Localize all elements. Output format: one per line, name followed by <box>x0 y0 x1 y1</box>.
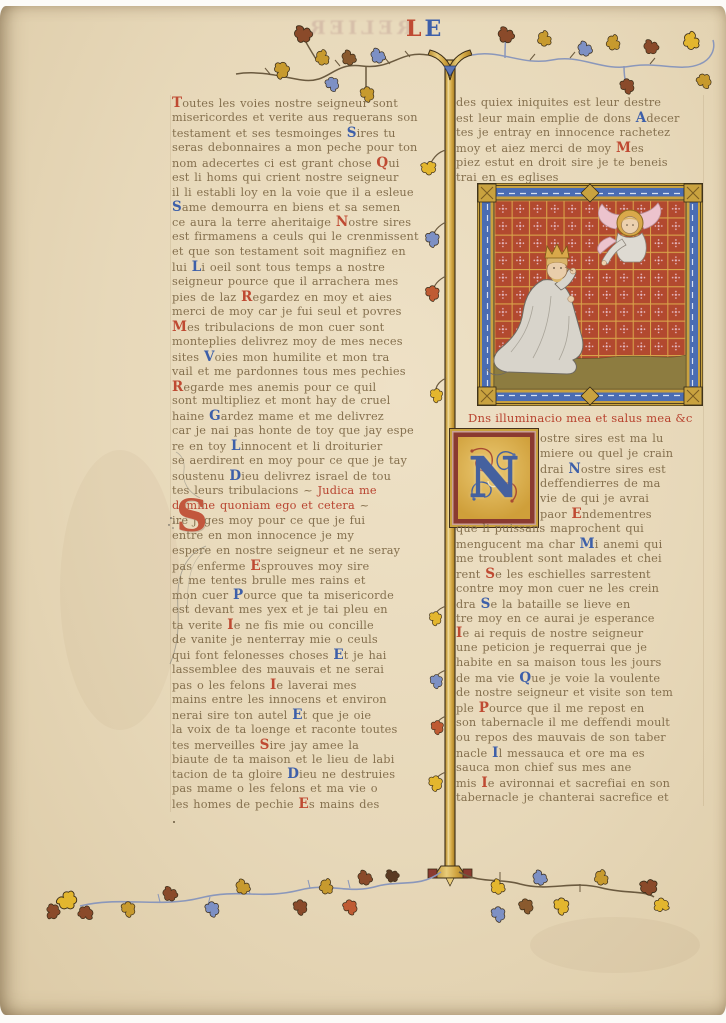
text-line: de ma vie Que je voie la voulente <box>456 671 702 686</box>
text-line: ta verite Ie ne fis mie ou concille <box>172 618 448 633</box>
miniature <box>477 183 703 406</box>
text-line: Ie ai requis de nostre seigneur <box>456 626 702 641</box>
text-line: nacle Il messauca et ore ma es <box>456 746 702 761</box>
text-line: contre moy mon cuer ne les crein <box>456 582 702 597</box>
text-column-right-beside-initial: ostre sires est ma lumiere ou quel je cr… <box>540 432 702 522</box>
text-line: et me tentes brulle mes rains et <box>172 574 448 589</box>
text-line: monteplies delivrez moy de mes neces <box>172 335 448 350</box>
text-line: haine Gardez mame et me delivrez <box>172 409 448 424</box>
text-line: sites Voies mon humilite et mon tra <box>172 350 448 365</box>
text-line: ostre sires est ma lu <box>540 432 702 447</box>
text-line: les homes de pechie Es mains des <box>172 797 448 812</box>
text-column-left: Toutes les voies nostre seigneur sontmis… <box>172 96 448 812</box>
text-line: qui font felonesses choses Et je hai <box>172 648 448 663</box>
text-line: seigneur pource que il arrachera mes <box>172 275 448 290</box>
text-line: il li establi loy en la voie que il a es… <box>172 186 448 201</box>
text-line: drai Nostre sires est <box>540 462 702 477</box>
text-line: est li homs qui crient nostre seigneur <box>172 171 448 186</box>
angel-head <box>622 217 639 234</box>
text-line: mains entre les innocens et environ <box>172 693 448 708</box>
text-line: pas o les felons Ie laverai mes <box>172 678 448 693</box>
text-line: lui Li oeil sont tous temps a nostre <box>172 260 448 275</box>
text-line: Regarde mes anemis pour ce quil <box>172 380 448 395</box>
text-line: misericordes et verite aus requerans son <box>172 111 448 126</box>
folio-letters: LE <box>406 16 444 42</box>
text-line: miere ou quel je crain <box>540 447 702 462</box>
text-line: pies de laz Regardez en moy et aies <box>172 290 448 305</box>
text-line: soustenu Dieu delivrez israel de tou <box>172 469 448 484</box>
incipit-rubric: Dns illuminacio mea et salus mea &c <box>468 411 704 425</box>
text-line: espere en nostre seigneur et ne seray <box>172 544 448 559</box>
text-line: ire juges moy pour ce que je fui <box>172 514 448 529</box>
text-line: tes merveilles Sire jay amee la <box>172 738 448 753</box>
text-line: son tabernacle il me deffendi moult <box>456 716 702 731</box>
text-line: de nostre seigneur et visite son tem <box>456 686 702 701</box>
text-line: Toutes les voies nostre seigneur sont <box>172 96 448 111</box>
text-line: rent Se les eschielles sarrestent <box>456 567 702 582</box>
text-line: lassemblee des mauvais et ne serai <box>172 663 448 678</box>
text-line: nom adecertes ci est grant chose Qui <box>172 156 448 171</box>
manuscript-photo: RELIER LE Toutes les voies nostre seigne… <box>0 0 726 1023</box>
text-line: deffendierres de ma <box>540 477 702 492</box>
text-line: est devant mes yex et je tai pleu en <box>172 603 448 618</box>
text-line: est leur main emplie de dons Adecer <box>456 111 702 126</box>
initial-gold-field: N <box>458 437 530 519</box>
text-line: ou repos des mauvais de son taber <box>456 731 702 746</box>
text-line: de vanite je nenterray mie o ceuls <box>172 633 448 648</box>
text-line: nerai sire ton autel Et que je oie <box>172 708 448 723</box>
text-line: seras debonnaires a mon peche pour ton <box>172 141 448 156</box>
text-line: et que son testament soit magnifiez en <box>172 245 448 260</box>
margin-penwork-initial: S <box>176 495 208 539</box>
text-line: moy et aiez merci de moy Mes <box>456 141 702 156</box>
text-column-right-top: des quiex iniquites est leur destreest l… <box>456 96 702 186</box>
text-line: re en toy Linnocent et li droiturier <box>172 439 448 454</box>
king-left-hand <box>568 296 574 302</box>
text-line: que li puissans maprochent qui <box>456 522 702 537</box>
text-line: vie de qui je avrai <box>540 492 702 507</box>
text-line: car je nai pas honte de toy que jay espe <box>172 424 448 439</box>
text-line: une peticion je requerrai que je <box>456 641 702 656</box>
text-line: ce aura la terre aheritaige Nostre sires <box>172 215 448 230</box>
show-through-text: RELIER <box>306 17 413 39</box>
text-line: mengucent ma char Mi anemi qui <box>456 537 702 552</box>
text-line: ple Pource que il me repost en <box>456 701 702 716</box>
text-line: Mes tribulacions de mon cuer sont <box>172 320 448 335</box>
text-line: biaute de ta maison et le lieu de labi <box>172 753 448 768</box>
text-line: testament et ses tesmoinges Sires tu <box>172 126 448 141</box>
text-line: piez estut en droit sire je te beneis <box>456 156 702 171</box>
text-line: habite en sa maison tous les jours <box>456 656 702 671</box>
text-line: la voix de ta loenge et raconte toutes <box>172 723 448 738</box>
text-line: me troublent sont malades et chei <box>456 552 702 567</box>
text-column-right-lower: que li puissans maprochent quimengucent … <box>456 522 702 806</box>
text-line: tacion de ta gloire Dieu ne destruies <box>172 767 448 782</box>
text-line: tes leurs tribulacions ~ Judica me <box>172 484 448 499</box>
text-line: merci de moy car je fui seul et povres <box>172 305 448 320</box>
text-line: pas mame o les felons et ma vie o <box>172 782 448 797</box>
text-line: est firmamens a ceuls qui le crenmissent <box>172 230 448 245</box>
text-line: tre moy en ce aurai je esperance <box>456 612 702 627</box>
text-line: domine quoniam ego et cetera ~ <box>172 499 448 514</box>
text-line: des quiex iniquites est leur destre <box>456 96 702 111</box>
text-line: sont multipliez et mont hay de cruel <box>172 394 448 409</box>
angel-hand <box>602 261 607 266</box>
text-line: mis Ie avironnai et sacrefiai en son <box>456 776 702 791</box>
text-line: vail et me pardonnes tous mes pechies <box>172 365 448 380</box>
text-line: tabernacle je chanterai sacrefice et <box>456 791 702 806</box>
text-line: pas enferme Esprouves moy sire <box>172 559 448 574</box>
text-line: dra Se la bataille se lieve en <box>456 597 702 612</box>
text-line: se aerdirent en moy pour ce que je tay <box>172 454 448 469</box>
illuminated-initial-letter: N <box>458 437 530 519</box>
text-line: tes je entray en innocence rachetez <box>456 126 702 141</box>
text-line: entre en mon innocence je my <box>172 529 448 544</box>
folio-letter-l: L <box>406 16 424 42</box>
illuminated-initial-panel: N <box>450 429 538 527</box>
text-line: sauca mon chief sus mes ane <box>456 761 702 776</box>
text-line: paor Endementres <box>540 507 702 522</box>
folio-letter-e: E <box>424 16 444 42</box>
text-line: mon cuer Pource que ta misericorde <box>172 588 448 603</box>
text-line: Same demourra en biens et sa semen <box>172 200 448 215</box>
